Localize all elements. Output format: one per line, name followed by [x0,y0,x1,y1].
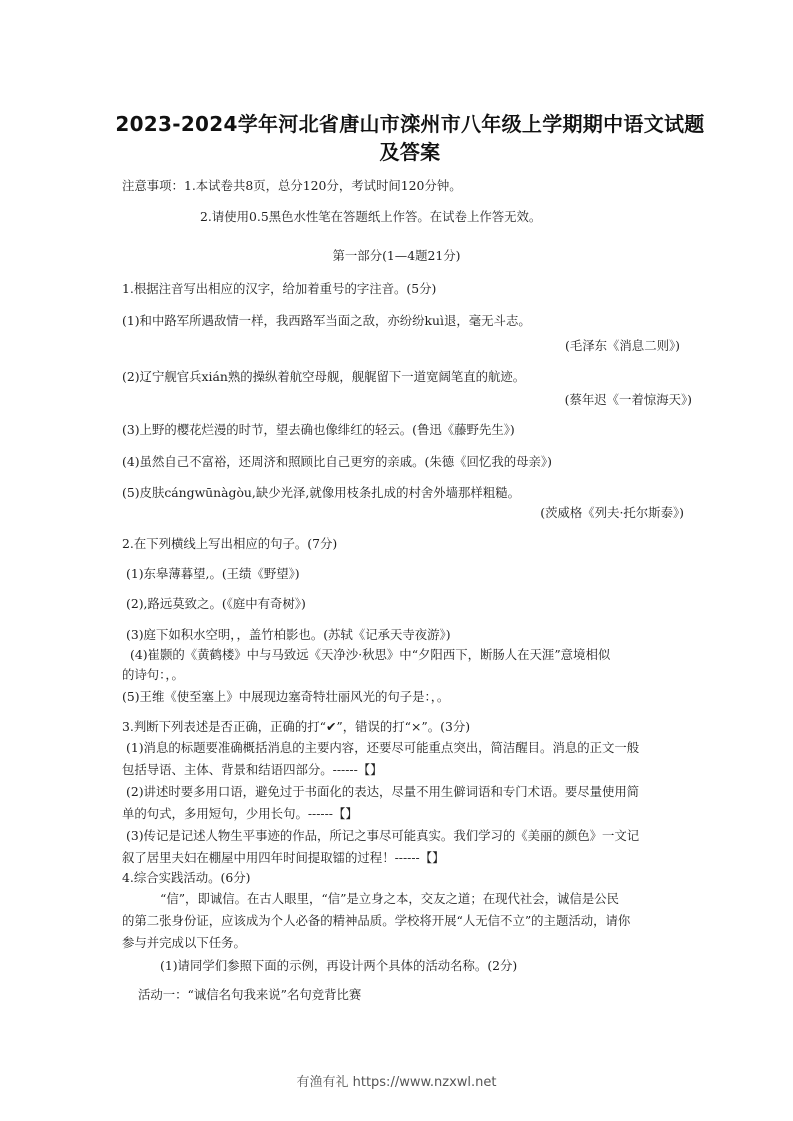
question-3-stem: 3.判断下列表述是否正确，正确的打“✔”，错误的打“×”。(3分) [122,719,470,735]
document-title: 2023-2024学年河北省唐山市滦州市八年级上学期期中语文试题 [100,108,720,137]
q3-item-1: (1)消息的标题要准确概括消息的主要内容，还要尽可能重点突出，简洁醒目。消息的正… [126,740,639,756]
notice-line-2: 2.请使用0.5黑色水性笔在答题纸上作答。在试卷上作答无效。 [200,209,541,225]
q1-item-2: (2)辽宁舰官兵xián熟的操纵着航空母舰，舰艉留下一道宽阔笔直的航迹。 [122,369,525,385]
q1-item-2-source: (蔡年迟《一着惊海天》) [122,392,692,408]
q2-item-1: (1)东皋薄暮望,。(王绩《野望》) [126,566,300,582]
q2-item-5: (5)王维《使至塞上》中展现边塞奇特壮丽风光的句子是：，。 [122,689,449,705]
question-1-stem: 1.根据注音写出相应的汉字，给加着重号的字注音。(5分) [122,281,436,297]
q1-item-3: (3)上野的樱花烂漫的时节，望去确也像绯红的轻云。(鲁迅《藤野先生》) [122,422,515,438]
footer-watermark: 有渔有礼 https://www.nzxwl.net [0,1071,793,1090]
exam-page: 2023-2024学年河北省唐山市滦州市八年级上学期期中语文试题 及答案 注意事… [0,0,793,1121]
part-header: 第一部分(1—4题21分) [0,248,793,264]
q2-item-3: (3)庭下如积水空明，，盖竹柏影也。(苏轼《记承天寺夜游》) [126,627,451,643]
question-2-stem: 2.在下列横线上写出相应的句子。(7分) [122,536,337,552]
q3-item-2-continued: 单的句式，多用短句，少用长句。------【】 [122,806,358,822]
q1-item-4: (4)虽然自己不富裕，还周济和照顾比自己更穷的亲戚。(朱德《回忆我的母亲》) [122,454,552,470]
q4-subquestion-1: (1)请同学们参照下面的示例，再设计两个具体的活动名称。(2分) [160,958,517,974]
q2-item-4: (4)崔颢的《黄鹤楼》中与马致远《天净沙·秋思》中“夕阳西下，断肠人在天涯”意境… [130,647,610,663]
q1-item-1-source: (毛泽东《消息二则》) [122,338,680,354]
q2-item-2: (2),路远莫致之。(《庭中有奇树》) [126,596,306,612]
question-4-stem: 4.综合实践活动。(6分) [122,870,251,886]
q4-example-activity: 活动一：“诚信名句我来说”名句竞背比赛 [138,987,361,1003]
document-title-continued: 及答案 [100,136,720,165]
q4-paragraph-line-2: 的第二张身份证，应该成为个人必备的精神品质。学校将开展“人无信不立”的主题活动，… [122,913,630,929]
q3-item-1-continued: 包括导语、主体、背景和结语四部分。------【】 [122,762,383,778]
q4-paragraph-line-3: 参与并完成以下任务。 [122,935,246,951]
q3-item-2: (2)讲述时要多用口语，避免过于书面化的表达，尽量不用生僻词语和专门术语。要尽量… [126,784,639,800]
q4-paragraph-line-1: “信”，即诚信。在古人眼里，“信”是立身之本，交友之道；在现代社会，诚信是公民 [160,891,619,907]
q1-item-1: (1)和中路军所遇敌情一样，我西路军当面之敌，亦纷纷kuì退，毫无斗志。 [122,313,531,329]
q1-item-5-source: (茨威格《列夫·托尔斯泰》) [122,505,684,521]
q1-item-5: (5)皮肤cángwūnàgòu,缺少光泽,就像用枝条扎成的村舍外墙那样粗糙。 [122,485,520,501]
q3-item-3-continued: 叙了居里夫妇在棚屋中用四年时间提取镭的过程！------【】 [122,850,445,866]
q2-item-4-continued: 的诗句：，。 [122,667,184,683]
q3-item-3: (3)传记是记述人物生平事迹的作品，所记之事尽可能真实。我们学习的《美丽的颜色》… [126,828,639,844]
notice-line-1: 注意事项：1.本试卷共8页，总分120分，考试时间120分钟。 [122,178,462,194]
